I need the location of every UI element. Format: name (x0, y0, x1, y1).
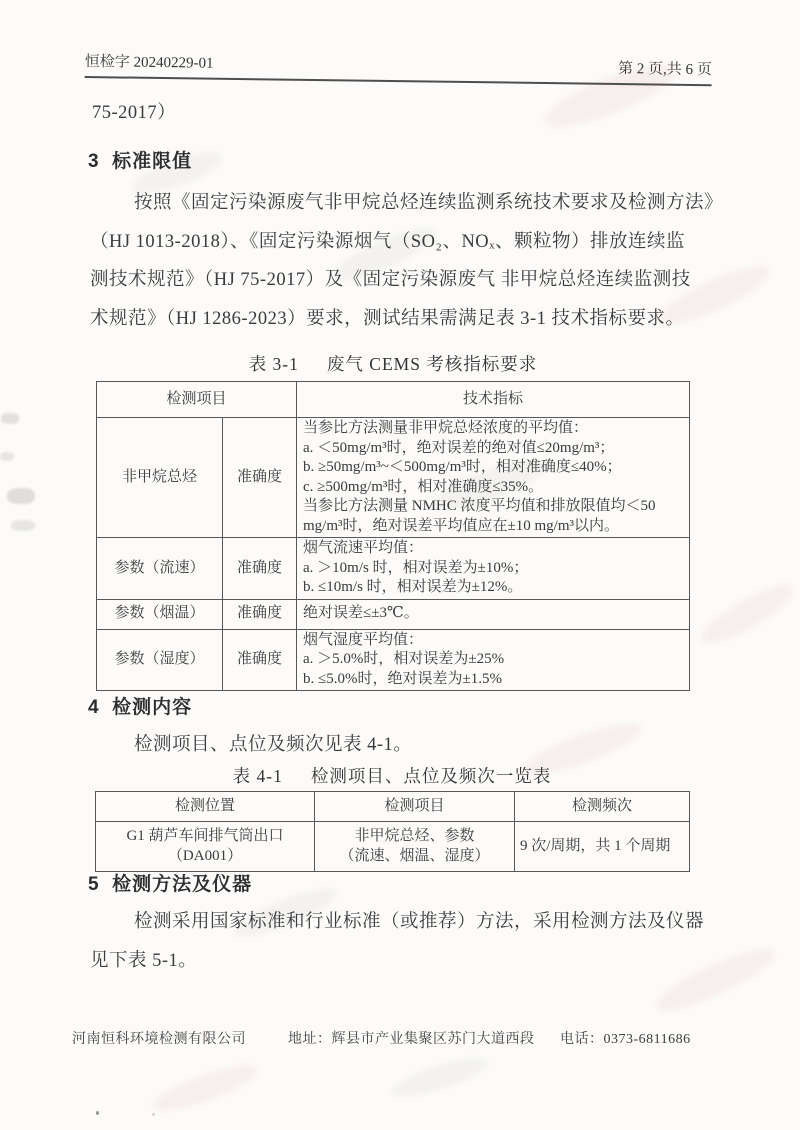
scan-artifact (7, 488, 35, 504)
indicator-line: a. ＞10m/s 时，相对误差为±10%； (303, 559, 685, 579)
section-3-heading: 3 标准限值 (88, 146, 192, 173)
item-cell: 参数（烟温） (97, 599, 223, 629)
indicator-line: a. ＜50mg/m³时，绝对误差的绝对值≤20mg/m³； (303, 439, 685, 459)
carryover-text: 75-2017） (92, 98, 176, 124)
indicator-line: 当参比方法测量 NMHC 浓度平均值和排放限值均＜50 (303, 497, 685, 517)
table-4-1-header-location: 检测位置 (96, 792, 315, 822)
table-row: G1 葫芦车间排气筒出口 （DA001） 非甲烷总烃、参数 （流速、烟温、湿度）… (96, 822, 690, 872)
criterion-cell: 准确度 (223, 418, 297, 538)
page-header: 恒检字 20240229-01 第 2 页,共 6 页 (85, 50, 712, 86)
table-4-1-header-row: 检测位置 检测项目 检测频次 (96, 792, 690, 822)
paragraph-line: 检测项目、点位及频次见表 4-1。 (90, 726, 714, 765)
table-3-1: 检测项目 技术指标 非甲烷总烃 准确度 当参比方法测量非甲烷总烃浓度的平均值： … (96, 381, 690, 691)
indicator-line: b. ≤10m/s 时，相对误差为±12%。 (303, 578, 685, 598)
scanned-report-page: 恒检字 20240229-01 第 2 页,共 6 页 75-2017） 3 标… (0, 0, 800, 1130)
indicator-line: b. ≥50mg/m³~＜500mg/m³时，相对准确度≤40%； (303, 458, 685, 478)
items-cell: 非甲烷总烃、参数 （流速、烟温、湿度） (315, 822, 515, 872)
indicator-line: 当参比方法测量非甲烷总烃浓度的平均值： (303, 419, 685, 439)
page-number: 第 2 页,共 6 页 (618, 57, 712, 79)
section-5-paragraph: 检测采用国家标准和行业标准（或推荐）方法，采用检测方法及仪器 见下表 5-1。 (90, 903, 714, 980)
paragraph-line: （HJ 1013-2018）、《固定污染源烟气（SO₂、NOₓ、颗粒物）排放连续… (90, 223, 714, 262)
table-4-1-caption-title: 检测项目、点位及频次一览表 (311, 766, 552, 786)
table-4-1-header-items: 检测项目 (315, 792, 515, 822)
indicator-cell: 烟气湿度平均值： a. ＞5.0%时，相对误差为±25% b. ≤5.0%时，绝… (297, 629, 690, 691)
scan-artifact (11, 520, 35, 531)
items-line: （流速、烟温、湿度） (317, 847, 512, 867)
frequency-cell: 9 次/周期，共 1 个周期 (515, 822, 690, 872)
indicator-cell: 绝对误差≤±3℃。 (297, 599, 690, 629)
table-4-1: 检测位置 检测项目 检测频次 G1 葫芦车间排气筒出口 （DA001） 非甲烷总… (95, 791, 690, 872)
indicator-line: c. ≥500mg/m³时，相对准确度≤35%。 (303, 478, 685, 498)
paragraph-line: 检测采用国家标准和行业标准（或推荐）方法，采用检测方法及仪器 (90, 903, 714, 942)
scan-artifact (0, 452, 14, 461)
footer-phone: 电话：0373-6811686 (560, 1028, 691, 1048)
item-cell: 非甲烷总烃 (97, 418, 223, 538)
section-4-paragraph: 检测项目、点位及频次见表 4-1。 (90, 726, 714, 765)
table-3-1-header-indicator: 技术指标 (297, 382, 690, 418)
indicator-cell: 烟气流速平均值： a. ＞10m/s 时，相对误差为±10%； b. ≤10m/… (297, 538, 690, 600)
table-4-1-header-frequency: 检测频次 (515, 792, 690, 822)
footer-company: 河南恒科环境检测有限公司 (72, 1028, 246, 1048)
table-3-1-header-item: 检测项目 (97, 382, 297, 418)
criterion-cell: 准确度 (223, 629, 297, 691)
scan-speck (96, 1111, 99, 1115)
section-4-heading: 4 检测内容 (88, 692, 192, 719)
criterion-cell: 准确度 (223, 599, 297, 629)
table-3-1-header-row: 检测项目 技术指标 (97, 382, 690, 418)
indicator-line: b. ≤5.0%时，绝对误差为±1.5% (303, 670, 685, 690)
item-cell: 参数（流速） (97, 538, 223, 600)
criterion-cell: 准确度 (223, 538, 297, 600)
scan-artifact (1, 413, 19, 424)
doc-number: 恒检字 20240229-01 (85, 50, 214, 73)
watermark-smudge (695, 576, 800, 653)
location-line: （DA001） (98, 847, 312, 867)
paragraph-line: 术规范》（HJ 1286-2023）要求，测试结果需满足表 3-1 技术指标要求… (90, 300, 714, 339)
indicator-cell: 当参比方法测量非甲烷总烃浓度的平均值： a. ＜50mg/m³时，绝对误差的绝对… (297, 418, 690, 538)
table-4-1-caption: 表 4-1检测项目、点位及频次一览表 (95, 763, 689, 788)
paragraph-line: 见下表 5-1。 (90, 942, 714, 981)
table-row: 参数（湿度） 准确度 烟气湿度平均值： a. ＞5.0%时，相对误差为±25% … (97, 629, 690, 691)
indicator-line: 绝对误差≤±3℃。 (303, 604, 685, 624)
location-cell: G1 葫芦车间排气筒出口 （DA001） (96, 822, 315, 872)
paragraph-line: 按照《固定污染源废气非甲烷总烃连续监测系统技术要求及检测方法》 (90, 184, 714, 223)
scan-speck (152, 1113, 155, 1116)
indicator-line: a. ＞5.0%时，相对误差为±25% (303, 650, 685, 670)
indicator-line: 烟气流速平均值： (303, 539, 685, 559)
table-row: 参数（烟温） 准确度 绝对误差≤±3℃。 (97, 599, 690, 629)
section-5-heading: 5 检测方法及仪器 (88, 869, 252, 896)
table-4-1-caption-label: 表 4-1 (233, 766, 283, 786)
watermark-smudge (149, 1057, 261, 1119)
paragraph-line: 测技术规范》（HJ 75-2017）及《固定污染源废气 非甲烷总烃连续监测技 (90, 261, 714, 300)
watermark-smudge (389, 1050, 492, 1104)
location-line: G1 葫芦车间排气筒出口 (98, 827, 312, 847)
item-cell: 参数（湿度） (97, 629, 223, 691)
section-3-paragraph: 按照《固定污染源废气非甲烷总烃连续监测系统技术要求及检测方法》 （HJ 1013… (90, 184, 714, 338)
table-3-1-caption: 表 3-1废气 CEMS 考核指标要求 (96, 351, 690, 376)
indicator-line: mg/m³时，绝对误差平均值应在±10 mg/m³以内。 (303, 517, 685, 537)
table-3-1-caption-label: 表 3-1 (249, 354, 299, 374)
indicator-line: 烟气湿度平均值： (303, 631, 685, 651)
table-row: 参数（流速） 准确度 烟气流速平均值： a. ＞10m/s 时，相对误差为±10… (97, 538, 690, 600)
footer-address: 地址：辉县市产业集聚区苏门大道西段 (288, 1028, 535, 1048)
table-3-1-caption-title: 废气 CEMS 考核指标要求 (327, 354, 537, 374)
table-row: 非甲烷总烃 准确度 当参比方法测量非甲烷总烃浓度的平均值： a. ＜50mg/m… (97, 418, 690, 538)
items-line: 非甲烷总烃、参数 (317, 827, 512, 847)
